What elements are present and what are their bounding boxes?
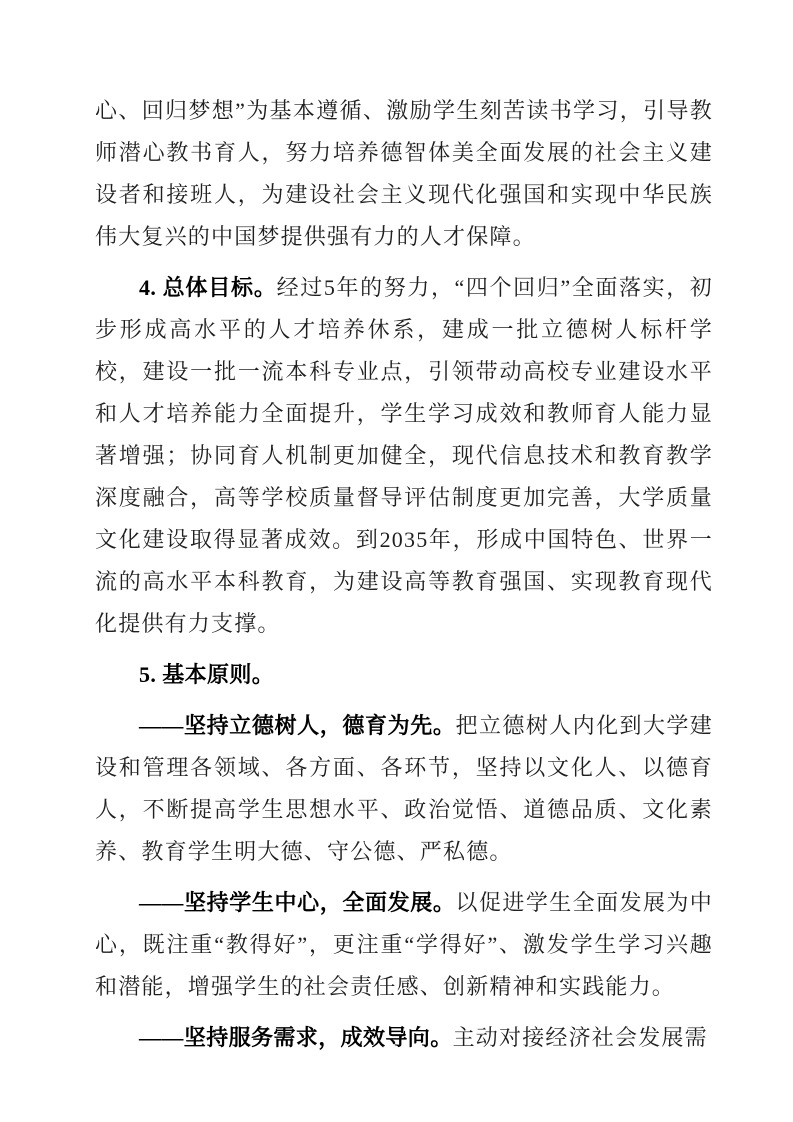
paragraph-lead: 5. 基本原则。 (139, 662, 274, 687)
paragraph-principle-student-centered: ——坚持学生中心，全面发展。以促进学生全面发展为中心，既注重“教得好”，更注重“… (95, 882, 713, 1008)
paragraph-lead: ——坚持立德树人，德育为先。 (139, 713, 456, 738)
paragraph-lead: 4. 总体目标。 (139, 275, 277, 300)
paragraph-text: 主动对接经济社会发展需 (453, 1025, 708, 1050)
paragraph-overall-goal: 4. 总体目标。经过5年的努力，“四个回归”全面落实，初步形成高水平的人才培养休… (95, 267, 713, 645)
paragraph-lead: ——坚持服务需求，成效导向。 (139, 1025, 453, 1050)
document-page: 心、回归梦想”为基本遵循、激励学生刻苦读书学习，引导教师潜心教书育人，努力培养德… (0, 0, 793, 1122)
paragraph-continuation: 心、回归梦想”为基本遵循、激励学生刻苦读书学习，引导教师潜心教书育人，努力培养德… (95, 90, 713, 258)
document-text-block: 心、回归梦想”为基本遵循、激励学生刻苦读书学习，引导教师潜心教书育人，努力培养德… (95, 90, 713, 1068)
paragraph-principle-moral-education: ——坚持立德树人，德育为先。把立德树人内化到大学建设和管理各领域、各方面、各环节… (95, 705, 713, 873)
paragraph-basic-principles-heading: 5. 基本原则。 (95, 654, 713, 696)
paragraph-text: 经过5年的努力，“四个回归”全面落实，初步形成高水平的人才培养休系，建成一批立德… (95, 275, 713, 636)
paragraph-lead: ——坚持学生中心，全面发展。 (139, 890, 456, 915)
paragraph-text: 心、回归梦想”为基本遵循、激励学生刻苦读书学习，引导教师潜心教书育人，努力培养德… (95, 98, 713, 249)
paragraph-principle-service-demand: ——坚持服务需求，成效导向。主动对接经济社会发展需 (95, 1017, 713, 1059)
